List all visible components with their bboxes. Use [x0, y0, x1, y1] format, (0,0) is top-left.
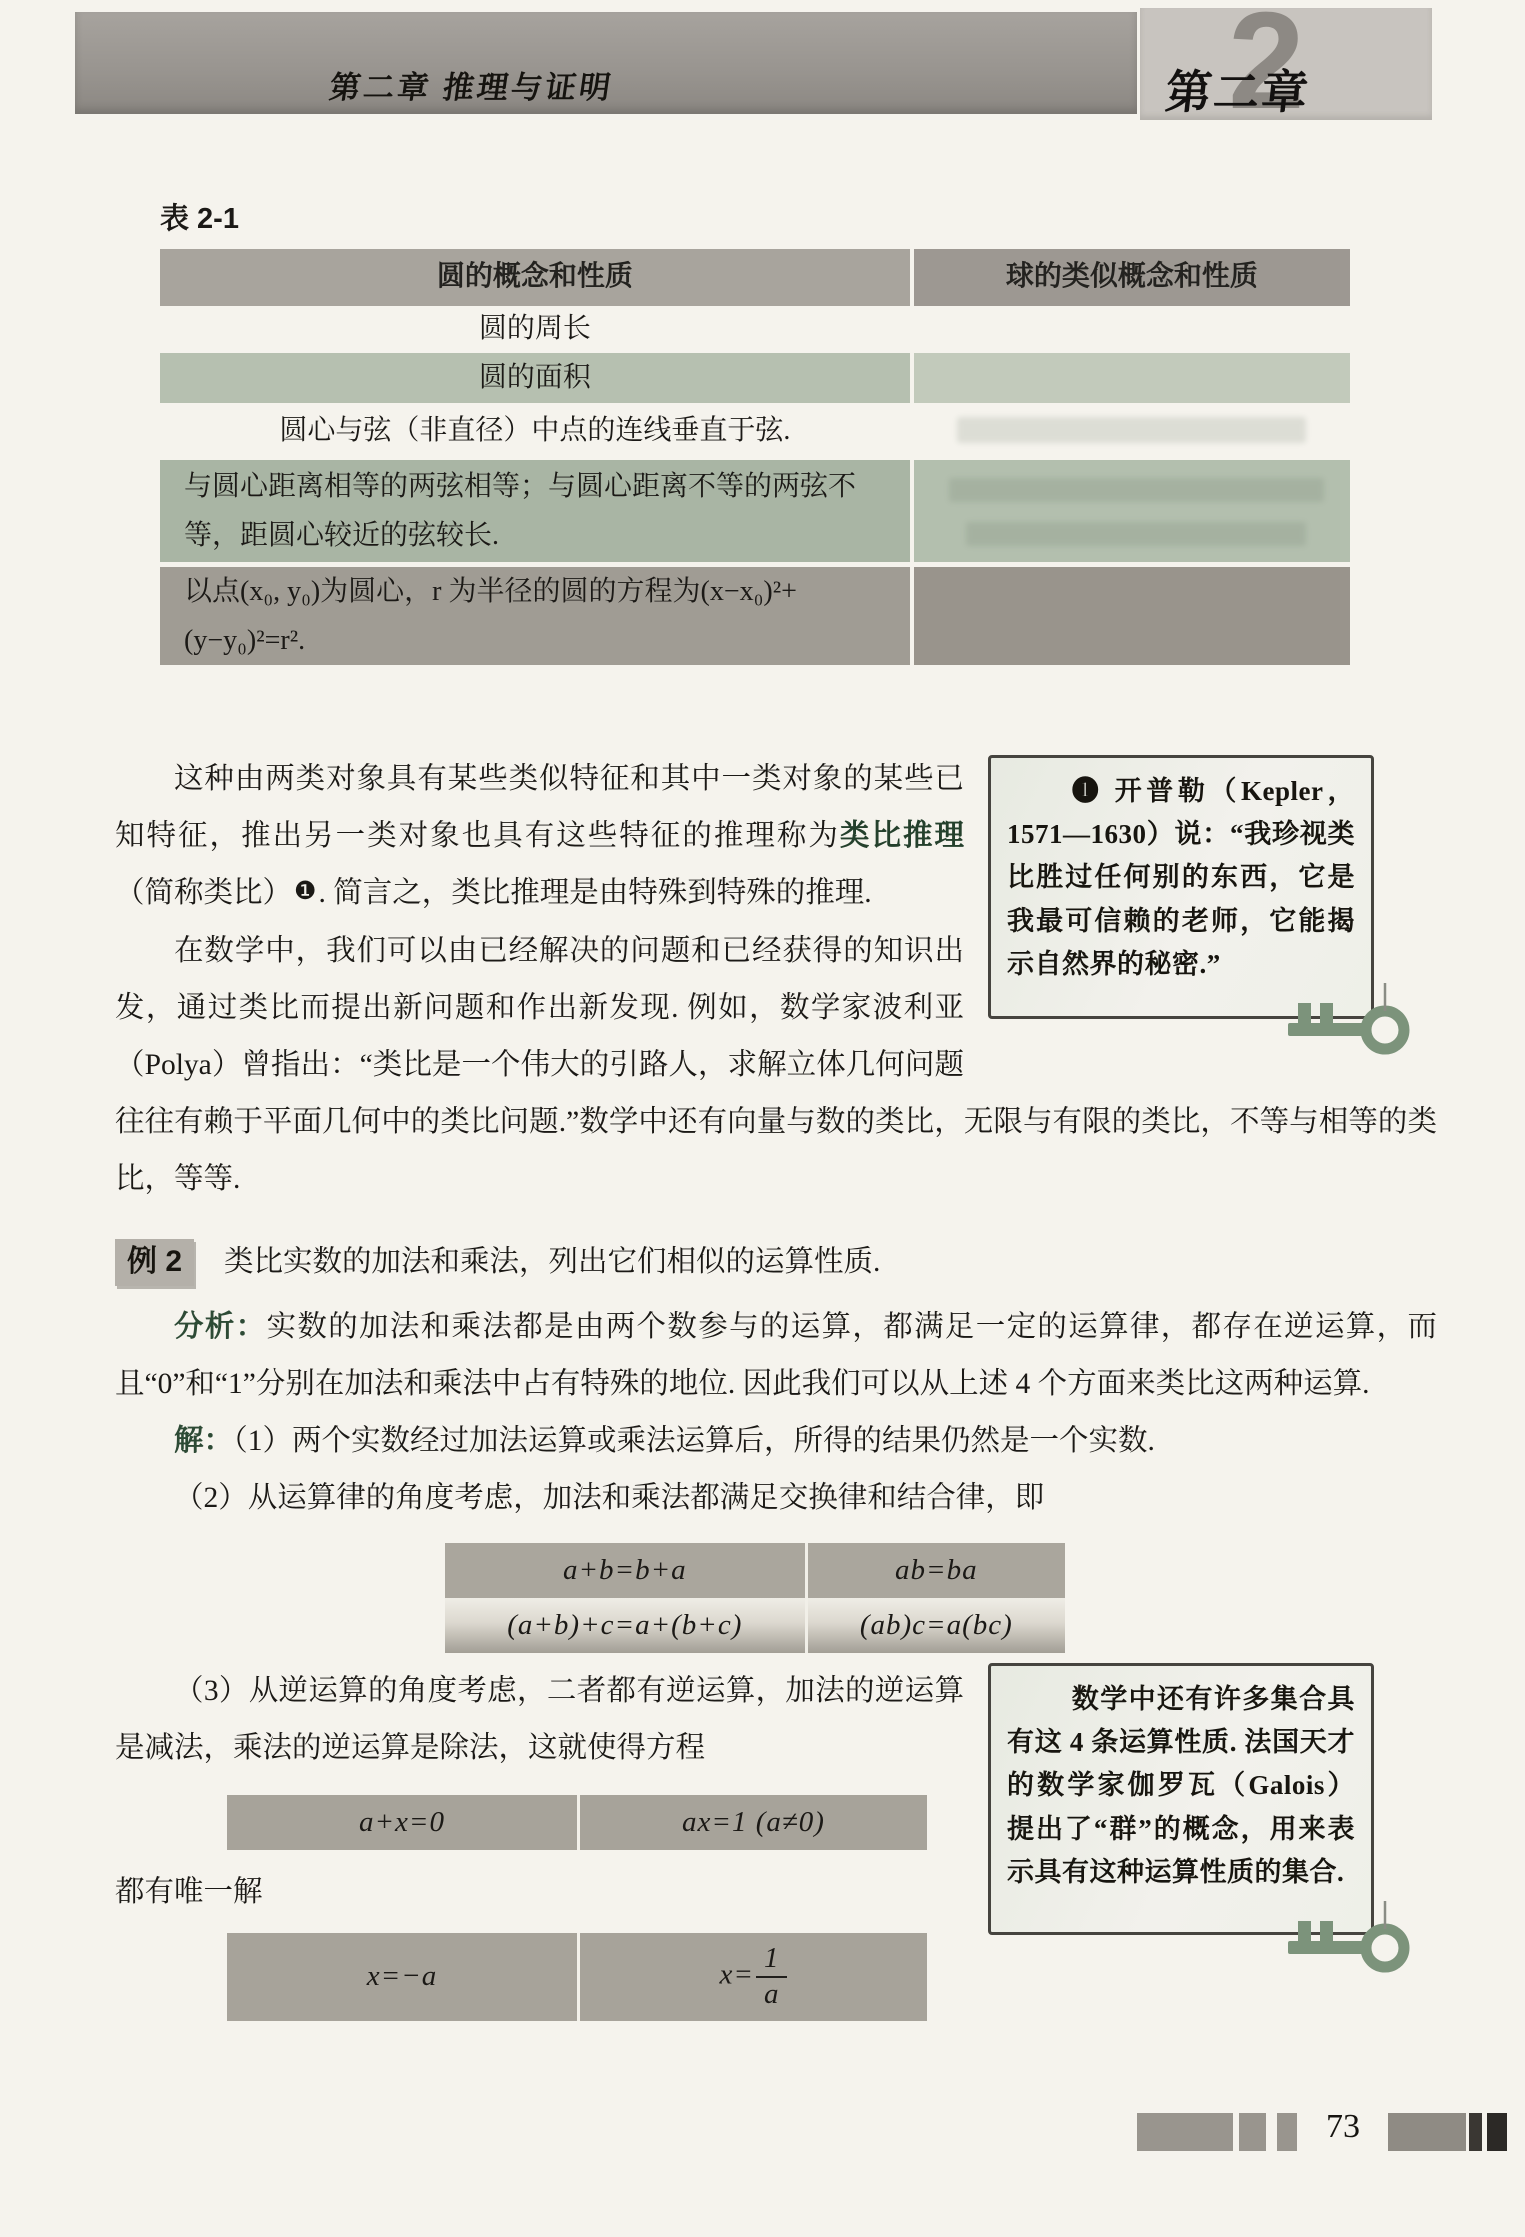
page-content: 表 2-1 圆的概念和性质 球的类似概念和性质 圆的周长 圆的面积 圆心与弦（非… [115, 196, 1437, 2021]
equations-table: a+x=0 ax=1 (a≠0) [227, 1795, 927, 1850]
footer-decoration-block [1487, 2113, 1507, 2151]
chapter-header-bar: 第二章 推理与证明 [75, 12, 1137, 114]
galois-note-text: 数学中还有许多集合具有这 4 条运算性质. 法国天才的数学家伽罗瓦（Galois… [1007, 1678, 1355, 1894]
example-2-statement: 类比实数的加法和乘法，列出它们相似的运算性质. [224, 1246, 880, 1278]
textbook-page: 第二章 推理与证明 2 第二章 表 2-1 圆的概念和性质 球的类似概念和性质 … [0, 0, 1525, 2237]
example-2-statement-line: 例 2类比实数的加法和乘法，列出它们相似的运算性质. [115, 1234, 1437, 1291]
formula-add-commutative: a+b=b+a [563, 1554, 687, 1587]
kepler-note-box: ❶ 开普勒（Kepler，1571—1630）说：“我珍视类比胜过任何别的东西，… [988, 755, 1437, 1085]
footnote-1-marker: ❶ [1072, 776, 1104, 806]
footer-decoration-bar [1137, 2113, 1233, 2151]
footer-decoration-block [1277, 2113, 1297, 2151]
solution-keyword: 解： [174, 1425, 233, 1457]
solution-step-2: （2）从运算律的角度考虑，加法和乘法都满足交换律和结合律，即 [115, 1470, 1437, 1527]
analogy-definition-section: ❶ 开普勒（Kepler，1571—1630）说：“我珍视类比胜过任何别的东西，… [115, 751, 1437, 1208]
commutative-law-row: a+b=b+a ab=ba [445, 1543, 1065, 1598]
galois-note-frame: 数学中还有许多集合具有这 4 条运算性质. 法国天才的数学家伽罗瓦（Galois… [988, 1663, 1374, 1935]
footer-decoration-block [1239, 2113, 1266, 2151]
page-number: 73 [1312, 2108, 1374, 2146]
example-2-label: 例 2 [115, 1239, 194, 1286]
empty-cell [910, 353, 1350, 403]
analogy-table: 圆的概念和性质 球的类似概念和性质 圆的周长 圆的面积 圆心与弦（非直径）中点的… [160, 249, 1350, 665]
associative-law-row: (a+b)+c=a+(b+c) (ab)c=a(bc) [445, 1598, 1065, 1653]
analysis-paragraph: 分析：实数的加法和乘法都是由两个数参与的运算，都满足一定的运算律，都存在逆运算，… [115, 1299, 1437, 1413]
bleed-through-smudge [966, 522, 1306, 546]
table-caption: 表 2-1 [160, 196, 1437, 237]
solution-step-1: 解：（1）两个实数经过加法运算或乘法运算后，所得的结果仍然是一个实数. [115, 1413, 1437, 1470]
table-row: 圆心与弦（非直径）中点的连线垂直于弦. [160, 403, 1350, 460]
key-icon [1286, 1901, 1412, 1975]
table-header-circle: 圆的概念和性质 [160, 249, 910, 306]
formula-mul-equation: ax=1 (a≠0) [682, 1806, 825, 1839]
bleed-through-smudge [949, 478, 1324, 502]
formula-mul-commutative: ab=ba [895, 1554, 978, 1587]
table-row: 圆的面积 [160, 353, 1350, 403]
footnote-1-reference: ❶ [292, 878, 318, 905]
table-row: 圆的周长 [160, 306, 1350, 353]
inverse-operation-section: 数学中还有许多集合具有这 4 条运算性质. 法国天才的数学家伽罗瓦（Galois… [115, 1663, 1437, 2021]
chapter-badge-label: 第二章 [1163, 56, 1314, 122]
table-row: 与圆心距离相等的两弦相等；与圆心距离不等的两弦不等，距圆心较近的弦较长. [160, 460, 1350, 562]
bold-term-analogical-reasoning: 类比推理 [840, 820, 964, 852]
empty-cell [910, 567, 1350, 665]
empty-cell [910, 460, 1350, 562]
galois-note-box: 数学中还有许多集合具有这 4 条运算性质. 法国天才的数学家伽罗瓦（Galois… [988, 1663, 1437, 1993]
footer-decoration-block [1469, 2113, 1482, 2151]
solutions-table: x=−a x=1a [227, 1933, 927, 2021]
chapter-header-title: 第二章 推理与证明 [327, 62, 617, 107]
kepler-note-text: ❶ 开普勒（Kepler，1571—1630）说：“我珍视类比胜过任何别的东西，… [1007, 770, 1355, 986]
table-header-sphere: 球的类似概念和性质 [910, 249, 1350, 306]
chapter-badge: 2 第二章 [1140, 8, 1432, 120]
key-icon [1286, 983, 1412, 1057]
fraction-one-over-a: 1a [756, 1942, 788, 2012]
formula-mul-associative: (ab)c=a(bc) [860, 1609, 1013, 1642]
bleed-through-smudge [957, 417, 1306, 443]
operation-laws-table: a+b=b+a ab=ba (a+b)+c=a+(b+c) (ab)c=a(bc… [445, 1543, 1065, 1653]
footer-decoration-bar [1388, 2113, 1466, 2151]
table-header-row: 圆的概念和性质 球的类似概念和性质 [160, 249, 1350, 306]
formula-add-associative: (a+b)+c=a+(b+c) [507, 1609, 742, 1642]
table-row: 以点(x₀, y₀)为圆心，r 为半径的圆的方程为(x−x₀)²+(y−y₀)²… [160, 567, 1350, 665]
formula-add-equation: a+x=0 [359, 1806, 445, 1839]
analysis-keyword: 分析： [174, 1311, 267, 1343]
formula-mul-solution: x=1a [720, 1942, 788, 2012]
formula-add-solution: x=−a [367, 1960, 438, 1993]
empty-cell [910, 403, 1350, 460]
empty-cell [910, 306, 1350, 353]
kepler-note-frame: ❶ 开普勒（Kepler，1571—1630）说：“我珍视类比胜过任何别的东西，… [988, 755, 1374, 1019]
